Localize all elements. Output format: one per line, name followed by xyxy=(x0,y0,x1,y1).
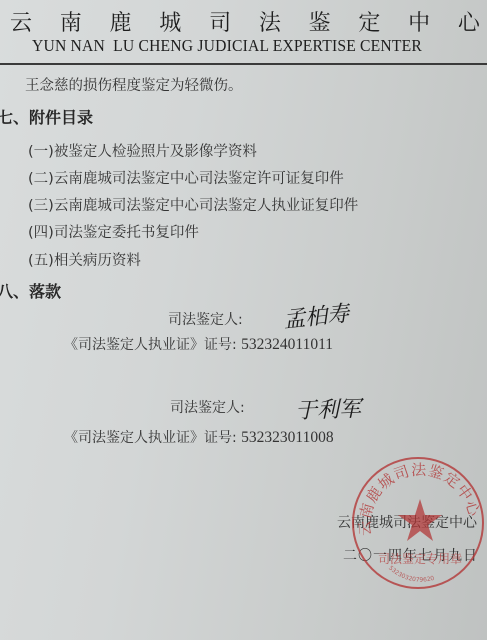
header-char: 云 xyxy=(10,6,32,37)
attachment-item: (三)云南鹿城司法鉴定中心司法鉴定人执业证复印件 xyxy=(28,194,358,215)
cert-label: 《司法鉴定人执业证》证号: xyxy=(64,430,237,446)
header-char: 司 xyxy=(209,6,231,37)
header-char: 鉴 xyxy=(309,6,331,37)
section-attachments-title: 七、附件目录 xyxy=(0,105,93,128)
signatory-label: 司法鉴定人: xyxy=(168,309,243,329)
header-title-cn: 云 南 鹿 城 司 法 鉴 定 中 心 xyxy=(10,6,480,37)
attachment-item: (五)相关病历资料 xyxy=(28,249,141,270)
header-char: 城 xyxy=(159,6,181,37)
header-char: 南 xyxy=(60,6,82,37)
attachment-item: (四)司法鉴定委托书复印件 xyxy=(28,221,199,242)
attachment-item: (二)云南鹿城司法鉴定中心司法鉴定许可证复印件 xyxy=(28,167,344,188)
header-char: 定 xyxy=(358,6,380,37)
cert-number: 532324011011 xyxy=(241,336,333,353)
header-char: 中 xyxy=(408,6,430,37)
header-char: 心 xyxy=(458,6,480,37)
handwritten-signature: 孟柏寿 xyxy=(282,297,351,335)
cert-label: 《司法鉴定人执业证》证号: xyxy=(64,337,237,353)
seal-number: 5323032079620 xyxy=(387,565,435,584)
document-page: 云 南 鹿 城 司 法 鉴 定 中 心 YUN NAN LU CHENG JUD… xyxy=(0,0,487,640)
attachment-item: (一)被鉴定人检验照片及影像学资料 xyxy=(28,140,257,161)
conclusion-text: 王念慈的损伤程度鉴定为轻微伤。 xyxy=(25,74,243,95)
header-title-en: YUN NAN LU CHENG JUDICIAL EXPERTISE CENT… xyxy=(32,36,422,56)
cert-number-line: 《司法鉴定人执业证》证号: 532324011011 xyxy=(64,334,333,354)
svg-text:5323032079620: 5323032079620 xyxy=(387,565,435,584)
star-icon xyxy=(398,499,442,541)
cert-number: 532323011008 xyxy=(241,429,333,446)
section-signature-title: 八、落款 xyxy=(0,279,61,302)
seal-graphic: 云南鹿城司法鉴定中心 司法鉴定专用章 5323032079620 xyxy=(354,459,486,591)
seal-bottom-text: 司法鉴定专用章 xyxy=(378,551,462,566)
header-char: 鹿 xyxy=(110,6,132,37)
cert-number-line: 《司法鉴定人执业证》证号: 532323011008 xyxy=(64,427,334,447)
official-seal: 云南鹿城司法鉴定中心 司法鉴定专用章 5323032079620 xyxy=(352,457,484,589)
signatory-label: 司法鉴定人: xyxy=(170,397,245,417)
header-char: 法 xyxy=(259,6,281,37)
header-divider xyxy=(0,63,487,65)
handwritten-signature: 于利军 xyxy=(294,392,361,425)
